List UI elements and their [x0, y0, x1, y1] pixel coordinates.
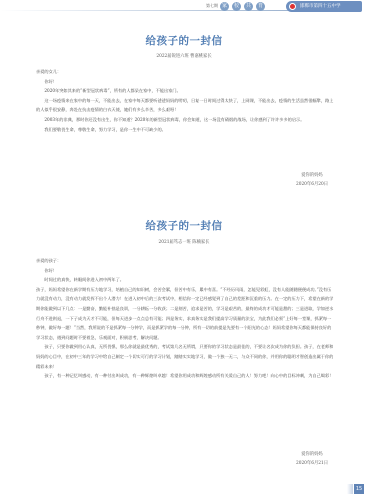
signature: 爱你的妈妈 [272, 451, 352, 460]
header-circle: 校 [232, 2, 241, 11]
paragraph: 2003年的非典，那时你还没有出生，你不知道？2020年的新型冠状病毒，你会知道… [36, 115, 334, 125]
page-number: 15 [354, 484, 364, 494]
letter-byline: 2022届锐进六班 曹嘉桃家长 [0, 53, 368, 59]
salutation: 亲爱的女儿： [36, 67, 334, 77]
paragraph: 2020年突如其来的“新型冠状病毒”，所有的人都呆在家中，不能出家门。 [36, 86, 334, 96]
letter-byline: 2021届笃志一班 陈楠家长 [0, 239, 368, 245]
paragraph: 孩子，有一种记忆叫感动，有一种付出叫成功，有一种辉煌叫卓越！希望你用成功和辉煌感… [36, 371, 334, 381]
header-circle: 家 [220, 2, 229, 11]
letter-body: 亲爱的女儿： 你好！ 2020年突如其来的“新型冠状病毒”，所有的人都呆在家中，… [36, 67, 334, 134]
school-logo-icon [289, 3, 296, 10]
paragraph: 孩子，妈妈希望你在新学期有压力地学习，培植自己的知识树，会苦会累，但苦中有乐，累… [36, 285, 334, 343]
greeting: 你好！ [36, 77, 334, 87]
header-circle: 育 [256, 2, 265, 11]
letter-title: 给孩子的一封信 [0, 33, 368, 48]
paragraph: 我们要敬畏生命，尊敬生命，努力学习，是你一生中不可缺少的。 [36, 125, 334, 135]
paragraph: 时间过的真快，转眼间你进入初中两年了。 [36, 275, 334, 285]
signature: 爱你的妈妈 [272, 172, 352, 181]
signature-block: 爱你的妈妈 2020年6月20日 [272, 172, 352, 189]
school-name: 邯郸市第四十五中学 [300, 4, 341, 9]
letter-title: 给孩子的一封信 [0, 218, 368, 233]
header-circle: 共 [244, 2, 253, 11]
date: 2020年6月21日 [272, 460, 352, 469]
issue-label: 第七期 [206, 3, 218, 9]
greeting: 你好！ [36, 266, 334, 276]
salutation: 亲爱的孩子： [36, 256, 334, 266]
letter-body: 亲爱的孩子： 你好！ 时间过的真快，转眼间你进入初中两年了。 孩子，妈妈希望你在… [36, 256, 334, 381]
page-header: 第七期 家 校 共 育 邯郸市第四十五中学 [0, 0, 368, 14]
signature-block: 爱你的妈妈 2020年6月21日 [272, 451, 352, 468]
paragraph: 这一场疫情来在家中的每一天，不能出去，在家中每天都要听爸爸妈妈的唠叨，日复一日时… [36, 96, 334, 115]
date: 2020年6月20日 [272, 181, 352, 190]
school-banner: 邯郸市第四十五中学 [286, 1, 362, 12]
header-circles: 家 校 共 育 [220, 2, 265, 11]
paragraph: 孩子，只要你做到用心认真，无所畏惧，那么你就是最优秀的，考试第几名无所谓，只要你… [36, 342, 334, 371]
page-tab-decoration [347, 484, 353, 494]
